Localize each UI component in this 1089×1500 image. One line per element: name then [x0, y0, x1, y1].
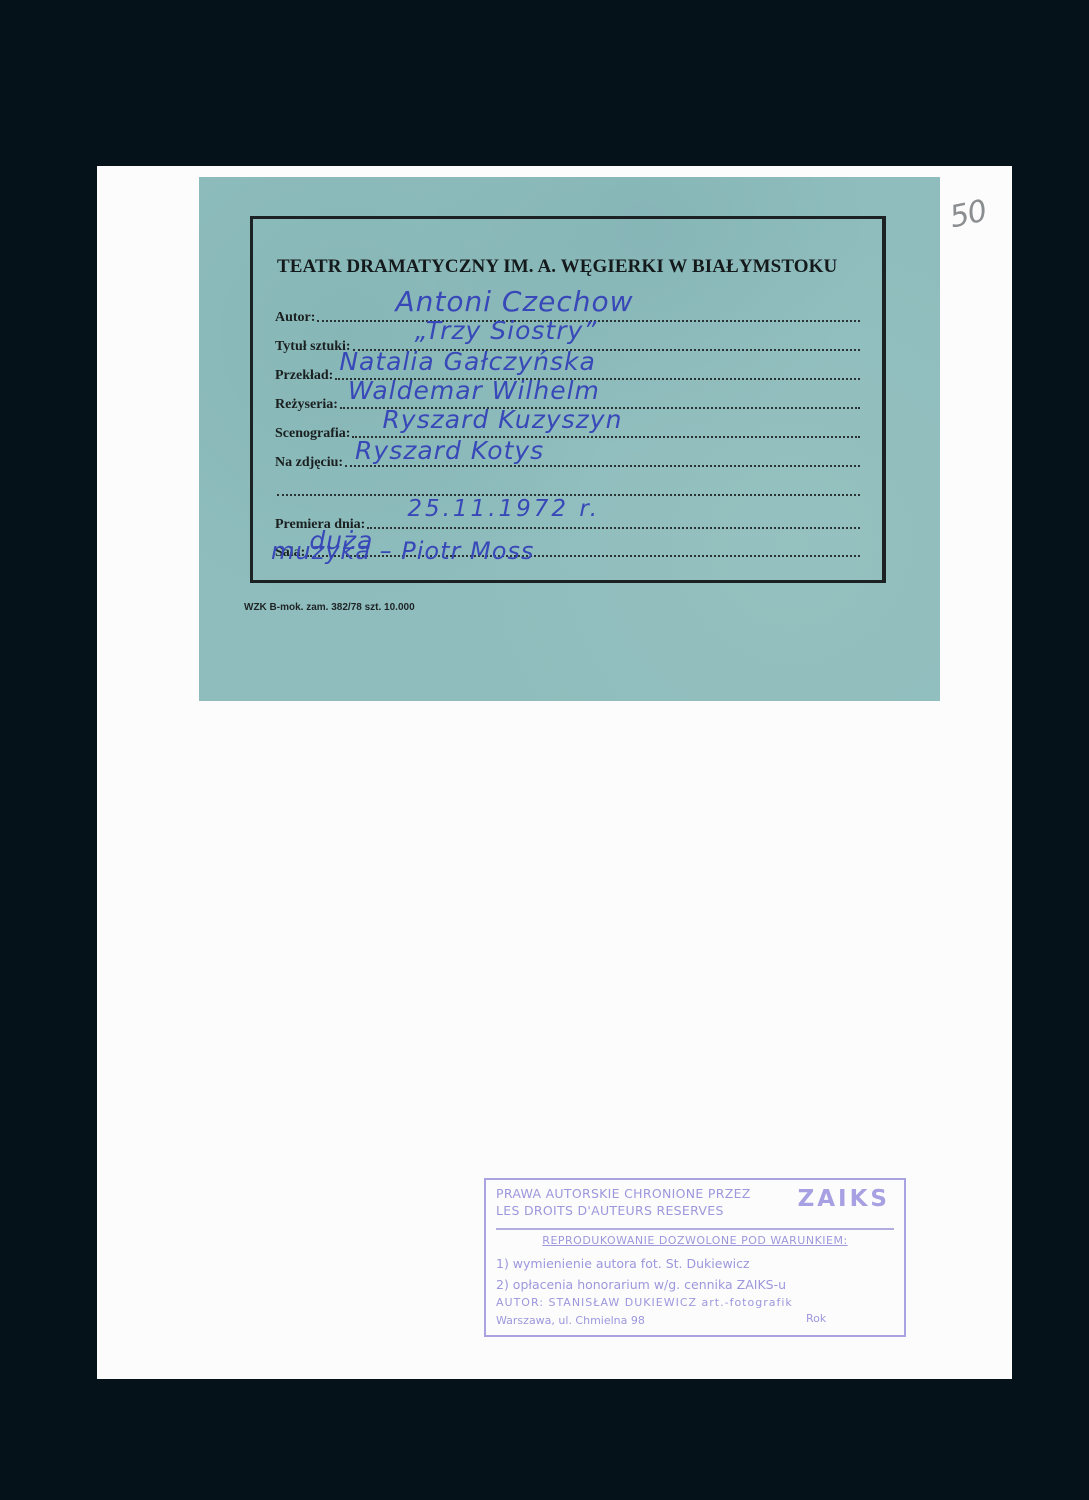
stamp-address: Warszawa, ul. Chmielna 98: [496, 1314, 645, 1327]
field-value: „Trzy Siostry”: [415, 316, 598, 345]
stamp-condition-1: 1) wymienienie autora fot. St. Dukiewicz: [496, 1256, 750, 1271]
theatre-info-card: TEATR DRAMATYCZNY IM. A. WĘGIERKI W BIAŁ…: [199, 177, 940, 701]
field-dotted-line: Ryszard Kotys: [345, 464, 860, 467]
field-label: Na zdjęciu:: [275, 455, 345, 471]
card-title: TEATR DRAMATYCZNY IM. A. WĘGIERKI W BIAŁ…: [277, 256, 837, 278]
music-note: muzyka – Piotr Moss: [271, 537, 534, 565]
field-value: 25.11.1972 r.: [407, 496, 600, 522]
page-number: 50: [947, 194, 990, 236]
stamp-condition-2: 2) opłacenia honorarium w/g. cennika ZAI…: [496, 1277, 786, 1292]
stamp-brand: ZAIKS: [798, 1186, 890, 1212]
stamp-year-label: Rok: [806, 1312, 826, 1325]
copyright-stamp: PRAWA AUTORSKIE CHRONIONE PRZEZ LES DROI…: [484, 1178, 906, 1337]
field-label: Reżyseria:: [275, 397, 340, 413]
stamp-line-2: LES DROITS D'AUTEURS RESERVES: [496, 1203, 724, 1218]
field-label: Autor:: [275, 310, 317, 326]
field-label: Przekład:: [275, 368, 335, 384]
field-value: Natalia Gałczyńska: [339, 347, 596, 376]
card-frame: TEATR DRAMATYCZNY IM. A. WĘGIERKI W BIAŁ…: [250, 216, 886, 583]
stamp-line-1: PRAWA AUTORSKIE CHRONIONE PRZEZ: [496, 1186, 751, 1201]
stamp-divider: [496, 1228, 894, 1230]
print-info: WZK B-mok. zam. 382/78 szt. 10.000: [244, 602, 415, 613]
stamp-subheading: REPRODUKOWANIE DOZWOLONE POD WARUNKIEM:: [486, 1234, 904, 1247]
field-value: Ryszard Kotys: [355, 436, 544, 465]
field-label: Scenografia:: [275, 426, 352, 442]
field-dotted-line: 25.11.1972 r.: [367, 526, 860, 529]
field-value: Antoni Czechow: [395, 285, 633, 318]
field-value: Waldemar Wilhelm: [348, 376, 600, 405]
stamp-author: AUTOR: STANISŁAW DUKIEWICZ art.-fotograf…: [496, 1296, 793, 1309]
field-value: Ryszard Kuzyszyn: [382, 405, 622, 434]
field-na-zdjeciu: Na zdjęciu: Ryszard Kotys: [275, 447, 860, 471]
